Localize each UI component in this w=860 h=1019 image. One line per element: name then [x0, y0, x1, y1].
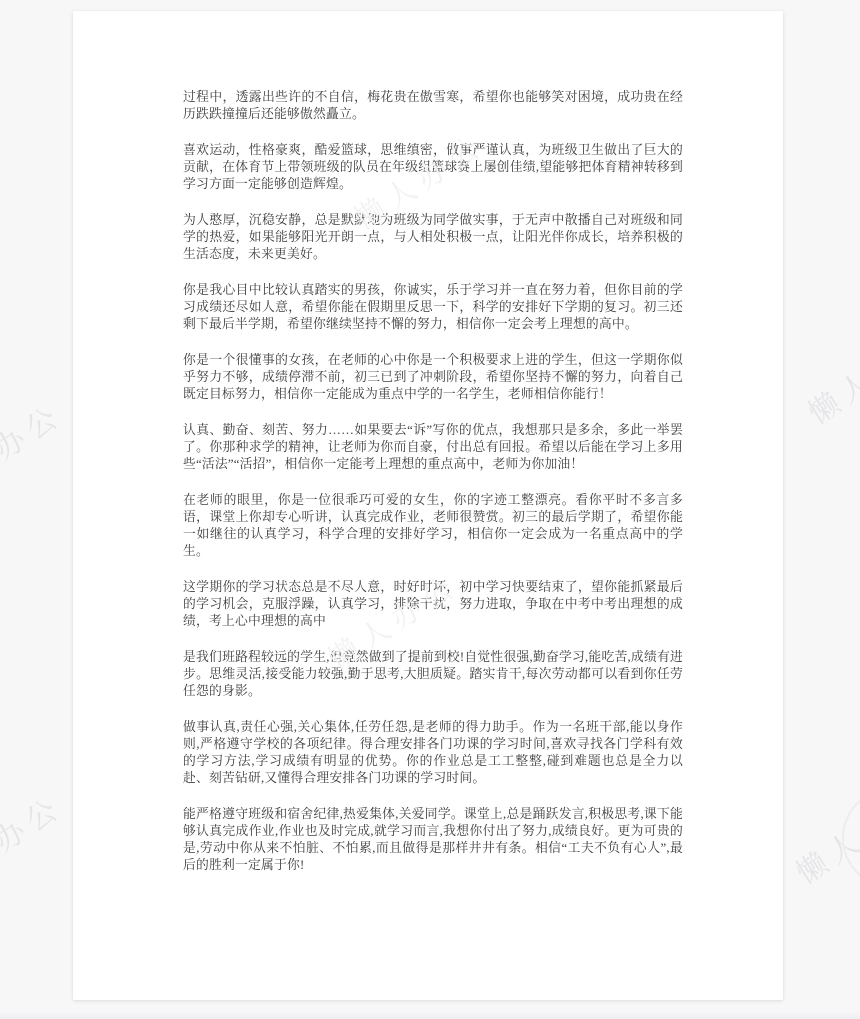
- watermark-text: 懒人办公: [0, 783, 70, 901]
- page-background: 懒人办公 懒人办公 懒人办公 懒人办公 懒人办公 懒人办公 过程中，透露出些许的…: [0, 0, 860, 1019]
- document-body: 过程中，透露出些许的不自信，梅花贵在傲雪寒，希望你也能够笑对困境，成功贵在经历跌…: [183, 89, 683, 874]
- paragraph: 你是我心目中比较认真踏实的男孩，你诚实，乐于学习并一直在努力着，但你目前的学习成…: [183, 282, 683, 333]
- paragraph: 在老师的眼里，你是一位很乖巧可爱的女生，你的字迹工整漂亮。看你平时不多言多语，课…: [183, 492, 683, 560]
- paragraph: 能严格遵守班级和宿舍纪律,热爱集体,关爱同学。课堂上,总是踊跃发言,积极思考,课…: [183, 806, 683, 874]
- watermark-text: 懒人办公: [798, 315, 860, 433]
- paragraph: 做事认真,责任心强,关心集体,任劳任怨,是老师的得力助手。作为一名班干部,能以身…: [183, 719, 683, 787]
- watermark-ring: [842, 788, 860, 888]
- paragraph: 认真、勤奋、刻苦、努力……如果要去“诉”写你的优点，我想那只是多余，多此一举罢了…: [183, 422, 683, 473]
- paragraph: 你是一个很懂事的女孩，在老师的心中你是一个积极要求上进的学生，但这一学期你似乎努…: [183, 352, 683, 403]
- paragraph: 是我们班路程较远的学生,但竟然做到了提前到校!自觉性很强,勤奋学习,能吃苦,成绩…: [183, 649, 683, 700]
- paragraph: 过程中，透露出些许的不自信，梅花贵在傲雪寒，希望你也能够笑对困境，成功贵在经历跌…: [183, 89, 683, 123]
- paragraph: 为人憨厚，沉稳安静，总是默默地为班级为同学做实事，于无声中散播自己对班级和同学的…: [183, 212, 683, 263]
- watermark-text: 懒人办公: [0, 391, 70, 509]
- bottom-edge-shade: [0, 1011, 860, 1019]
